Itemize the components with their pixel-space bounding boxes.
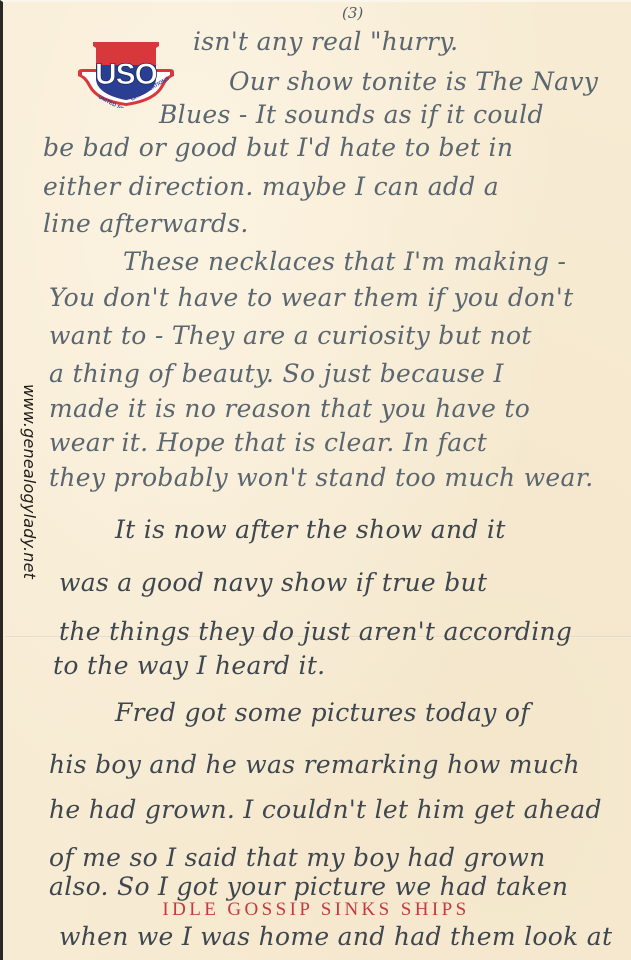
handwritten-line: a thing of beauty. So just because I bbox=[49, 361, 504, 386]
handwritten-line: line afterwards. bbox=[43, 211, 249, 236]
handwritten-line: his boy and he was remarking how much bbox=[49, 752, 580, 777]
handwritten-line: the things they do just aren't according bbox=[59, 619, 572, 644]
handwritten-line: he had grown. I couldn't let him get ahe… bbox=[49, 797, 602, 822]
handwritten-line: want to - They are a curiosity but not bbox=[49, 323, 532, 348]
handwritten-line: These necklaces that I'm making - bbox=[123, 249, 566, 274]
handwritten-line: Our show tonite is The Navy bbox=[229, 69, 598, 94]
handwritten-line: either direction. maybe I can add a bbox=[43, 174, 499, 199]
watermark-text: www.genealogylady.net bbox=[15, 384, 39, 594]
handwritten-line: made it is no reason that you have to bbox=[49, 396, 530, 421]
handwritten-line: to the way I heard it. bbox=[53, 653, 325, 678]
handwritten-line: of me so I said that my boy had grown bbox=[49, 845, 546, 870]
handwritten-line: was a good navy show if true but bbox=[59, 570, 487, 595]
handwritten-line: also. So I got your picture we had taken bbox=[49, 874, 568, 899]
handwritten-line: Fred got some pictures today of bbox=[115, 700, 530, 725]
handwritten-line: when we I was home and had them look at bbox=[59, 924, 612, 949]
handwritten-line: You don't have to wear them if you don't bbox=[49, 285, 573, 310]
handwritten-line: It is now after the show and it bbox=[115, 517, 506, 542]
handwritten-line: isn't any real "hurry. bbox=[193, 29, 458, 54]
uso-shield-logo: USO UNITED SERVICE ORGANIZATIONS bbox=[76, 40, 176, 108]
handwritten-line: wear it. Hope that is clear. In fact bbox=[49, 430, 487, 455]
letter-page: (3) USO UNITED SERVICE ORGANIZATIONS www… bbox=[0, 0, 631, 960]
uso-shield-icon: USO UNITED SERVICE ORGANIZATIONS bbox=[76, 40, 176, 108]
page-number: (3) bbox=[342, 4, 363, 22]
handwritten-line: be bad or good but I'd hate to bet in bbox=[43, 135, 513, 160]
handwritten-line: they probably won't stand too much wear. bbox=[49, 465, 593, 490]
footer-slogan: IDLE GOSSIP SINKS SHIPS bbox=[133, 899, 499, 921]
handwritten-line: Blues - It sounds as if it could bbox=[159, 102, 544, 127]
